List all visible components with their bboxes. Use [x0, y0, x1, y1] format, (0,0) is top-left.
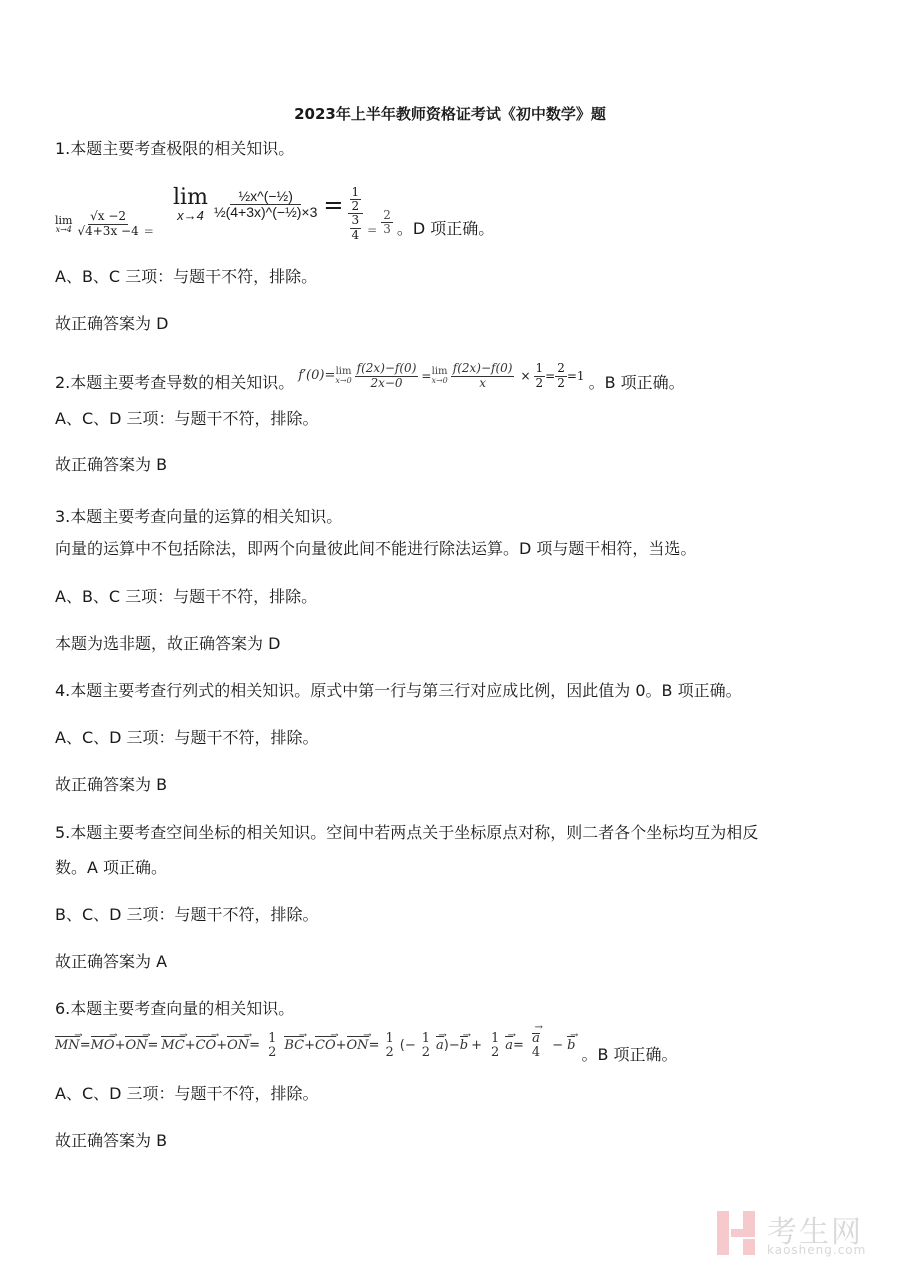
kaosheng-logo-icon	[717, 1211, 755, 1255]
q5-exclude: B、C、D 三项：与题干不符，排除。	[55, 904, 319, 926]
q6-conclusion: 。B 项正确。	[581, 1044, 677, 1066]
q5-heading-line1: 5.本题主要考查空间坐标的相关知识。空间中若两点关于坐标原点对称，则二者各个坐标…	[55, 822, 758, 844]
q3-exclude: A、B、C 三项：与题干不符，排除。	[55, 586, 317, 608]
q1-frac-lhs: √x −2 √4+3x −4	[75, 210, 140, 237]
q2-exclude: A、C、D 三项：与题干不符，排除。	[55, 408, 319, 430]
q1-heading: 1.本题主要考查极限的相关知识。	[55, 138, 294, 160]
q1-result: 2 3	[381, 209, 393, 236]
q4-answer: 故正确答案为 B	[55, 774, 167, 796]
q3-answer: 本题为选非题，故正确答案为 D	[55, 633, 280, 655]
q1-answer: 故正确答案为 D	[55, 313, 168, 335]
document-title: 2023年上半年教师资格证考试《初中数学》题	[0, 103, 900, 124]
q1-frac-mid: ½x^(−½) ½(4+3x)^(−½)×3	[212, 189, 319, 221]
q1-conclusion: 。D 项正确。	[397, 218, 494, 240]
q3-heading: 3.本题主要考查向量的运算的相关知识。	[55, 506, 342, 528]
watermark: 考生网 kaosheng.com	[717, 1207, 887, 1257]
q1-frac-rhs: 12 34	[348, 186, 364, 242]
q2-heading: 2.本题主要考查导数的相关知识。	[55, 372, 294, 394]
q2-conclusion: 。B 项正确。	[589, 372, 685, 394]
q6-formula: MN = MO + ON = MC + CO + ON = 12 BC + CO…	[55, 1024, 678, 1068]
q1-exclude: A、B、C 三项：与题干不符，排除。	[55, 266, 317, 288]
q6-exclude: A、C、D 三项：与题干不符，排除。	[55, 1083, 319, 1105]
q6-heading: 6.本题主要考查向量的相关知识。	[55, 998, 294, 1020]
q1-lim-mid: lim x→4	[173, 187, 208, 222]
q5-heading-line2: 数。A 项正确。	[55, 857, 167, 879]
q5-answer: 故正确答案为 A	[55, 951, 167, 973]
q2-line: 2.本题主要考查导数的相关知识。 f′(0)= limx→0 f(2x)−f(0…	[55, 356, 685, 396]
q2-answer: 故正确答案为 B	[55, 454, 167, 476]
q6-answer: 故正确答案为 B	[55, 1130, 167, 1152]
q1-lim-lhs: lim x→4	[55, 215, 72, 234]
q4-heading: 4.本题主要考查行列式的相关知识。原式中第一行与第三行对应成比例，因此值为 0。…	[55, 680, 742, 702]
q3-body: 向量的运算中不包括除法，即两个向量彼此间不能进行除法运算。D 项与题干相符，当选…	[55, 538, 696, 560]
q4-exclude: A、C、D 三项：与题干不符，排除。	[55, 727, 319, 749]
watermark-url: kaosheng.com	[767, 1243, 866, 1257]
